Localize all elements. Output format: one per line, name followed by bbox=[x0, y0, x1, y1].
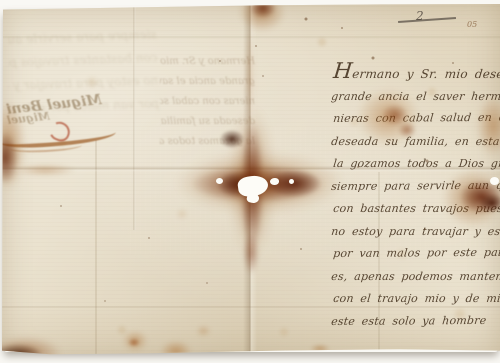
letter-line: no estoy para travajar y estan bbox=[330, 221, 500, 244]
letter-text: Hermano y Sr. mio deseo con grande ancia… bbox=[330, 63, 500, 333]
scanned-letter-photo: siempre para servirle aun que con bastan… bbox=[0, 0, 500, 363]
center-stain-horizontal-halo bbox=[175, 152, 345, 214]
center-stain-dark-spot-right bbox=[268, 170, 320, 197]
letter-line: siempre para servirle aun que bbox=[330, 174, 500, 198]
letter-paper-sheet: siempre para servirle aun que con bastan… bbox=[0, 0, 500, 363]
letter-line: con bastantes travajos pues yo bbox=[332, 198, 500, 221]
top-fold-stain-core bbox=[250, 0, 276, 18]
top-fold-stain-halo bbox=[238, 0, 286, 32]
letter-line: la gozamos todos a Dios gracias bbox=[332, 153, 500, 176]
letter-line: con el travajo mio y de miguel bbox=[332, 288, 500, 311]
bleedthrough-text-block-center: Hermano y Sr. mio deseo con grande ancia… bbox=[160, 52, 255, 154]
paper-loss-hole bbox=[216, 178, 223, 184]
bottom-stain-blob-2 bbox=[160, 340, 192, 362]
letter-line: nieras con cabal salud en compa bbox=[332, 107, 500, 131]
letter-line: Hermano y Sr. mio deseo con bbox=[332, 63, 500, 86]
paper-loss-hole bbox=[270, 178, 279, 185]
paper-loss-hole bbox=[289, 179, 294, 184]
letter-line: por van malos por este pais q. bbox=[332, 242, 500, 266]
strikethrough-line bbox=[398, 17, 456, 23]
bottom-stain-blob-1-dark bbox=[128, 338, 140, 347]
letter-line: grande ancia el saver herma bbox=[330, 86, 500, 109]
age-freckles bbox=[0, 0, 4, 4]
ink-specks bbox=[0, 0, 2, 2]
bottom-stain-blob-3 bbox=[196, 325, 211, 337]
paper-loss-hole-main bbox=[237, 174, 269, 198]
letter-line: es, apenas podemos mantenerno bbox=[330, 266, 500, 289]
bottom-stain-blob-1 bbox=[122, 330, 148, 352]
letter-line: este esta solo ya hombre bbox=[330, 309, 500, 333]
signature-rubric-stroke bbox=[0, 124, 116, 150]
bottom-left-corner-stain-halo bbox=[0, 336, 62, 363]
center-stain-dark-spot-left bbox=[218, 172, 262, 197]
center-stain-horizontal-core bbox=[192, 165, 324, 203]
paper-loss-hole bbox=[246, 192, 260, 205]
signature-rubric-stroke-echo bbox=[10, 140, 82, 154]
left-crease-smudge bbox=[14, 164, 76, 176]
folio-number: 05 bbox=[467, 20, 477, 29]
crossed-out-number-annotation: 2 bbox=[412, 8, 452, 28]
bottom-left-corner-stain-core bbox=[0, 344, 42, 363]
center-stain-vertical-tail bbox=[243, 232, 259, 274]
letter-line: deseada su familia, en esta mu bbox=[330, 131, 500, 154]
fold-crease-vertical-left-lower bbox=[95, 140, 97, 363]
left-edge-stain-core bbox=[0, 132, 18, 184]
